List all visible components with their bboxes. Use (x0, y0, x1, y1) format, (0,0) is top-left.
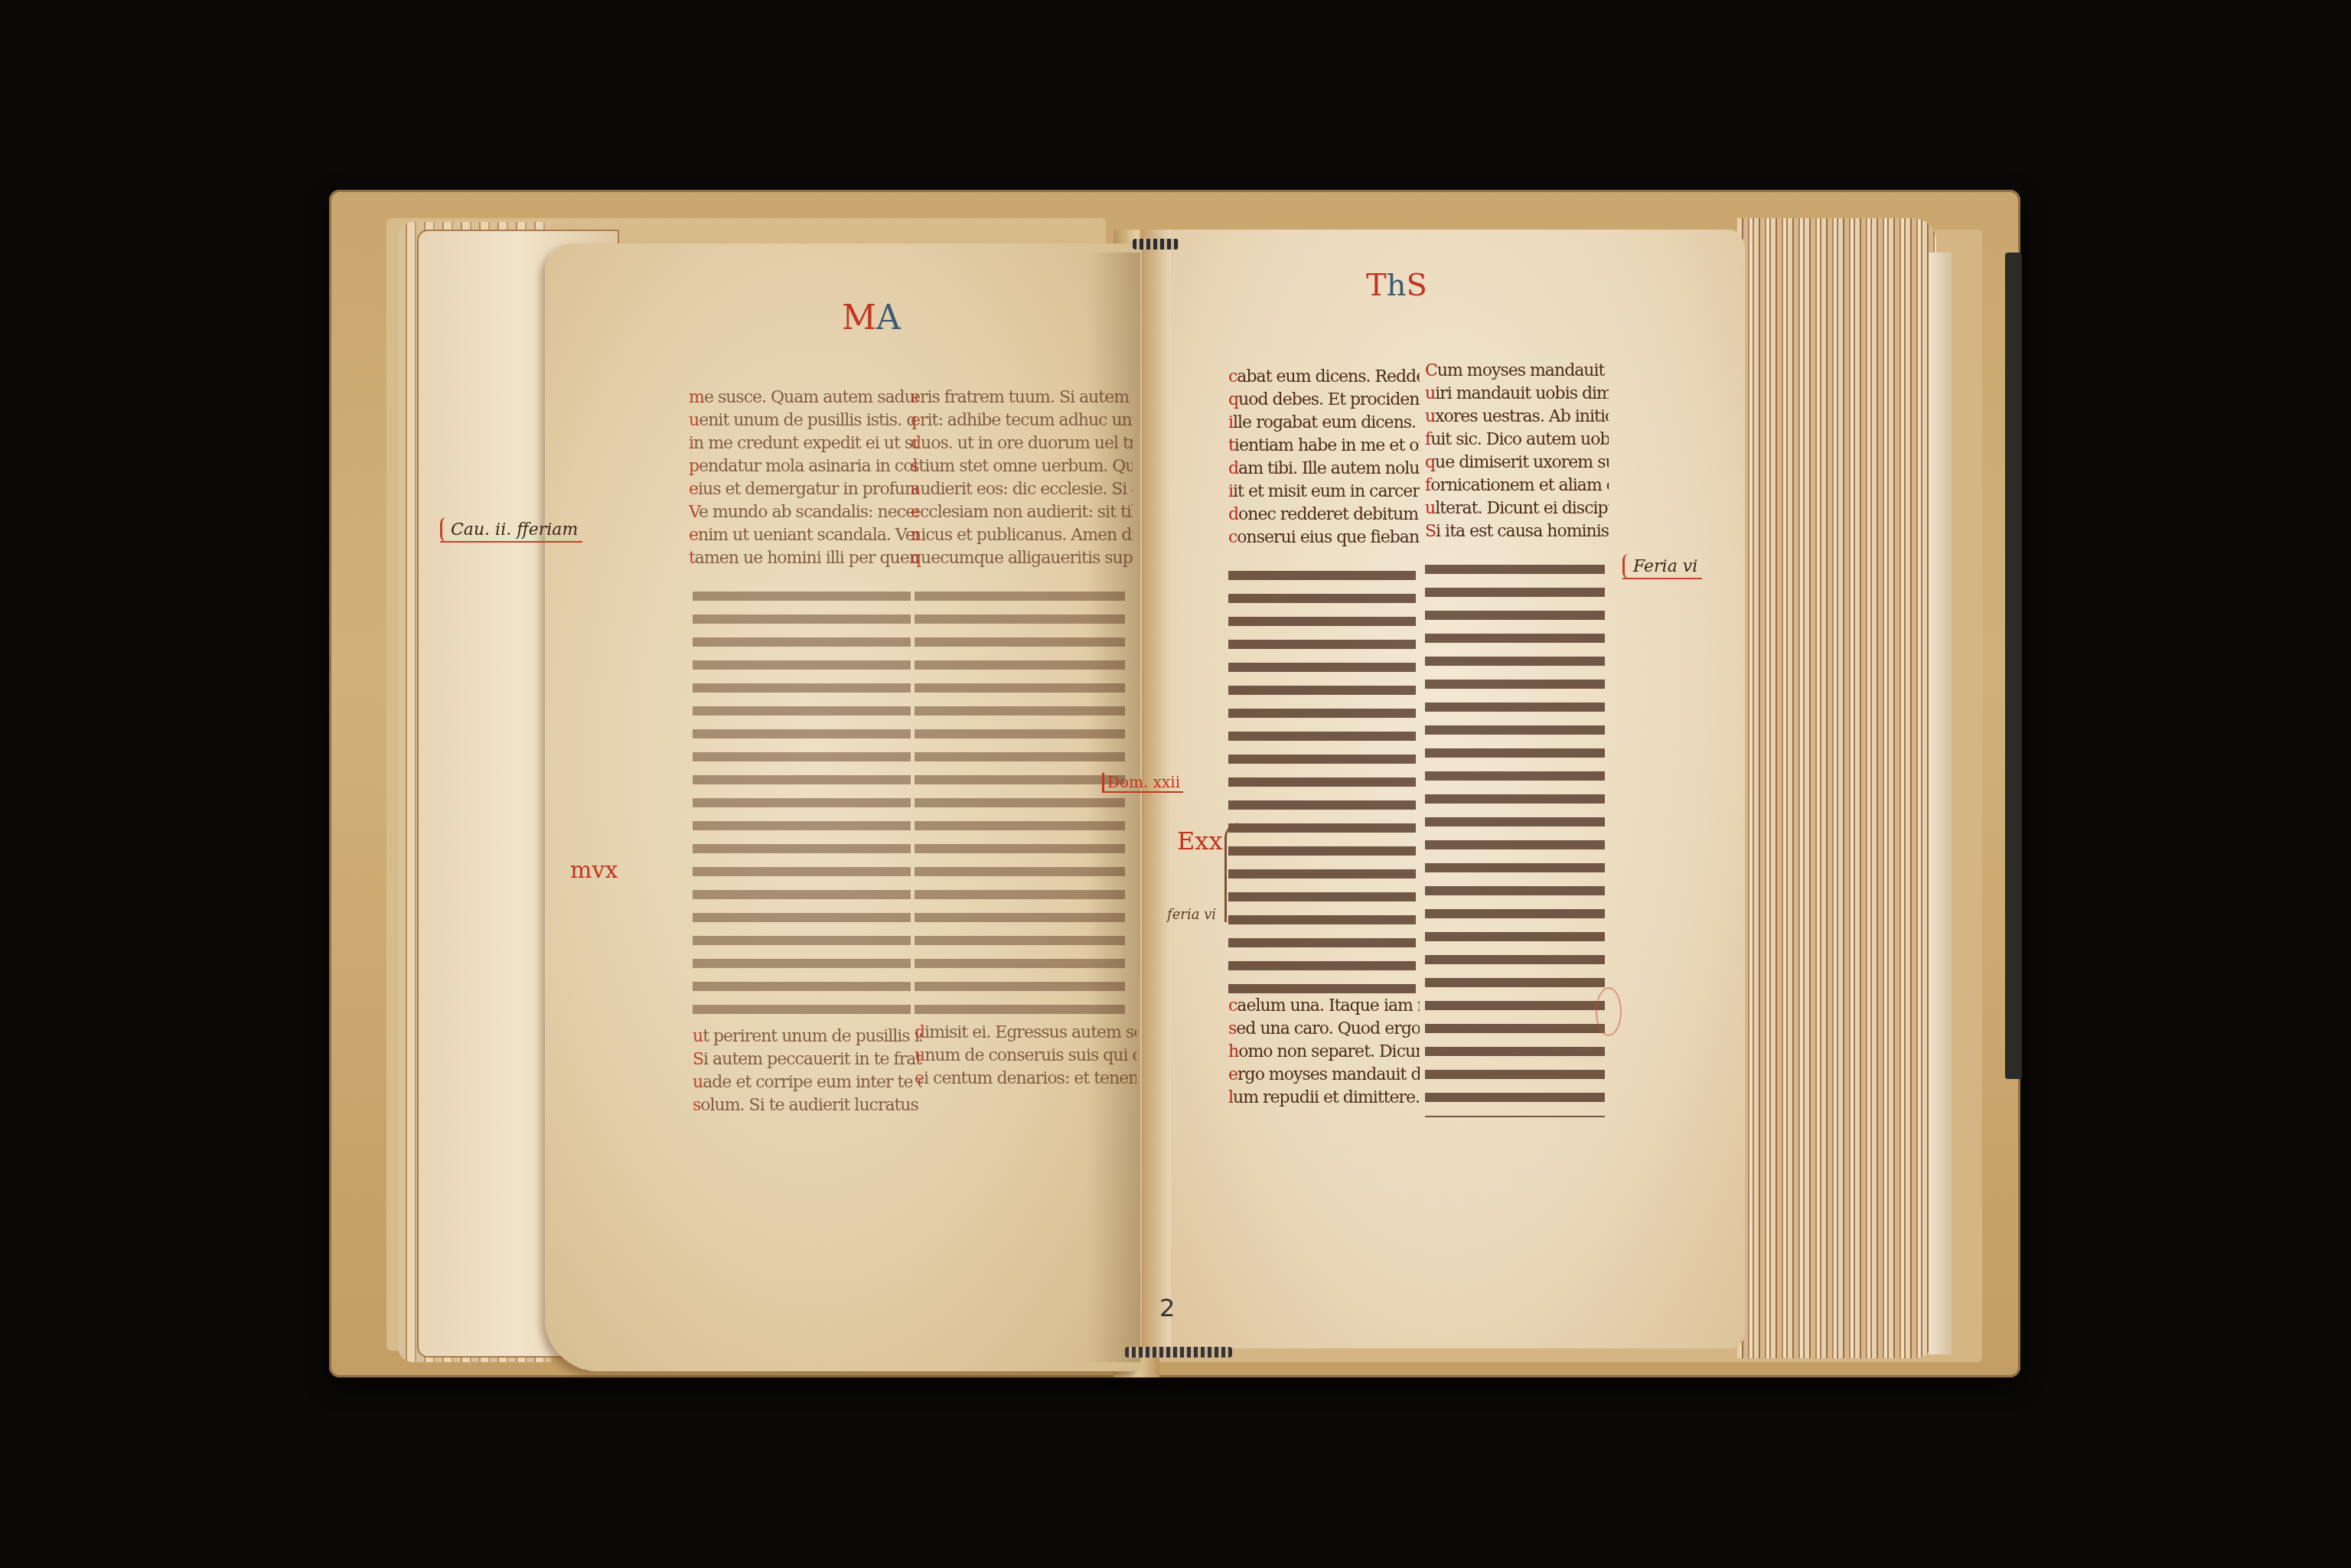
text-line: in me credunt expedit ei ut sus (689, 432, 918, 455)
right-column-a-bottom: caelum una. Itaque iam non sunt duo sed … (1228, 995, 1420, 1117)
text-line: caelum una. Itaque iam non sunt duo (1228, 995, 1420, 1018)
left-column-a-body (693, 585, 911, 1025)
margin-note-dom-xxii: Dom. xxii (1102, 773, 1183, 793)
right-column-a-top: cabat eum dicens. Redde quod debes. Et p… (1228, 366, 1420, 565)
left-column-a-bottom: ut perirent unum de pusillis istis. Si a… (693, 1025, 922, 1125)
text-line: dam tibi. Ille autem noluit. sed ab (1228, 458, 1420, 481)
text-line: nicus et publicanus. Amen dico uobis (911, 524, 1133, 547)
text-line: ille rogabat eum dicens. Pa (1228, 412, 1420, 435)
text-line: ergo moyses mandauit dari libel (1228, 1064, 1420, 1087)
text-line: me susce. Quam autem saducica (689, 386, 918, 409)
margin-note-feria-lower: feria vi (1167, 907, 1216, 923)
lombard-blue: A (876, 298, 901, 337)
right-column-a-body (1228, 565, 1416, 1001)
text-line: tamen ue homini illi per quem scandalum (689, 547, 918, 570)
running-header-left: MA (842, 298, 901, 337)
text-line: ecclesiam non audierit: sit tibi sicut e… (911, 501, 1133, 524)
margin-note-feria: Feria vi (1622, 557, 1702, 579)
text-line: uxores uestras. Ab initio autem non (1425, 406, 1609, 429)
text-line: enim ut ueniant scandala. Verum (689, 524, 918, 547)
pastedown-edge (1929, 253, 1952, 1354)
text-line: Cum moyses mandauit dare (1425, 360, 1609, 383)
left-column-b-top: eris fratrem tuum. Si autem non te audi … (911, 386, 1133, 585)
lombard-blue: h (1387, 268, 1407, 303)
fore-edge-page-stack (1737, 218, 1936, 1358)
text-line: audierit eos: dic ecclesie. Si autem (911, 478, 1133, 501)
text-line: duos. ut in ore duorum uel trium te (911, 432, 1133, 455)
text-line: quecumque alligaueritis super terram (911, 547, 1133, 570)
text-line: homo non separet. Dicunt ei. Quid (1228, 1041, 1420, 1064)
text-line: ei centum denarios: et tenens suffo (915, 1068, 1136, 1090)
right-column-b-body (1425, 559, 1605, 1117)
text-line: sed una caro. Quod ergo deus coniunxit (1228, 1018, 1420, 1041)
cover-flap (2005, 253, 2022, 1079)
lombard-red-right: S (1406, 268, 1427, 303)
text-line: erit: adhibe tecum adhuc unum uel (911, 409, 1133, 432)
text-line: lum repudii et dimittere. Et ait illis. (1228, 1087, 1420, 1110)
left-column-b-bottom: dimisit ei. Egressus autem seruus ille i… (915, 1022, 1136, 1098)
margin-note-exx: Exx (1177, 826, 1222, 856)
left-column-a-top: me susce. Quam autem saducica uenit unum… (689, 386, 918, 585)
text-line: stium stet omne uerbum. Quod si non (911, 455, 1133, 478)
paragraph-bracket (1224, 823, 1242, 922)
text-line: unum de conseruis suis qui debebat (915, 1045, 1136, 1068)
text-line: conserui eius que fiebant contristati su… (1228, 526, 1420, 549)
text-line: Si ita est causa hominis cum uxore (1425, 520, 1609, 543)
text-line: dimisit ei. Egressus autem seruus ille i… (915, 1022, 1136, 1045)
text-line: Ve mundo ab scandalis: necesse est (689, 501, 918, 524)
text-line: uenit unum de pusillis istis. q (689, 409, 918, 432)
text-line: eius et demergatur in profundum maris. (689, 478, 918, 501)
text-line: pendatur mola asinaria in collo (689, 455, 918, 478)
red-circle-mark (1596, 987, 1622, 1036)
text-line: donec redderet debitum. Videntes autem (1228, 504, 1420, 526)
text-line: quod debes. Et procidens conseruus ei (1228, 389, 1420, 412)
lombard-red-left: T (1366, 268, 1387, 303)
tailband-stitch (1125, 1347, 1232, 1358)
text-line: Si autem peccauerit in te frater tuus (693, 1048, 922, 1071)
lombard-red: M (842, 298, 876, 337)
text-line: fornicationem et aliam duxerit: ad (1425, 474, 1609, 497)
text-line: eris fratrem tuum. Si autem non te audi (911, 386, 1133, 409)
text-line: ut perirent unum de pusillis istis. (693, 1025, 922, 1048)
text-line: uiri mandauit uobis dimittere (1425, 383, 1609, 406)
text-line: cabat eum dicens. Redde (1228, 366, 1420, 389)
text-line: solum. Si te audierit lucratus (693, 1094, 922, 1117)
left-column-b-body (915, 585, 1125, 1022)
text-line: tientiam habe in me et omnia red (1228, 435, 1420, 458)
headband-stitch (1133, 239, 1179, 249)
text-line: fuit sic. Dico autem uobis quia quicum (1425, 429, 1609, 451)
text-line: iit et misit eum in carcerem (1228, 481, 1420, 504)
running-header-right: ThS (1366, 268, 1427, 303)
margin-note-mvx: mvx (570, 857, 618, 884)
right-column-b-top: Cum moyses mandauit dare uiri mandauit u… (1425, 360, 1609, 559)
text-line: ulterat. Dicunt ei discipuli eius. (1425, 497, 1609, 520)
text-line: uade et corripe eum inter te et ipsum (693, 1071, 922, 1094)
folio-number: 2 (1159, 1293, 1175, 1322)
margin-note-left-underleaf: Cau. ii. fferiam (440, 520, 582, 543)
text-line: que dimiserit uxorem suam nisi ob (1425, 451, 1609, 474)
